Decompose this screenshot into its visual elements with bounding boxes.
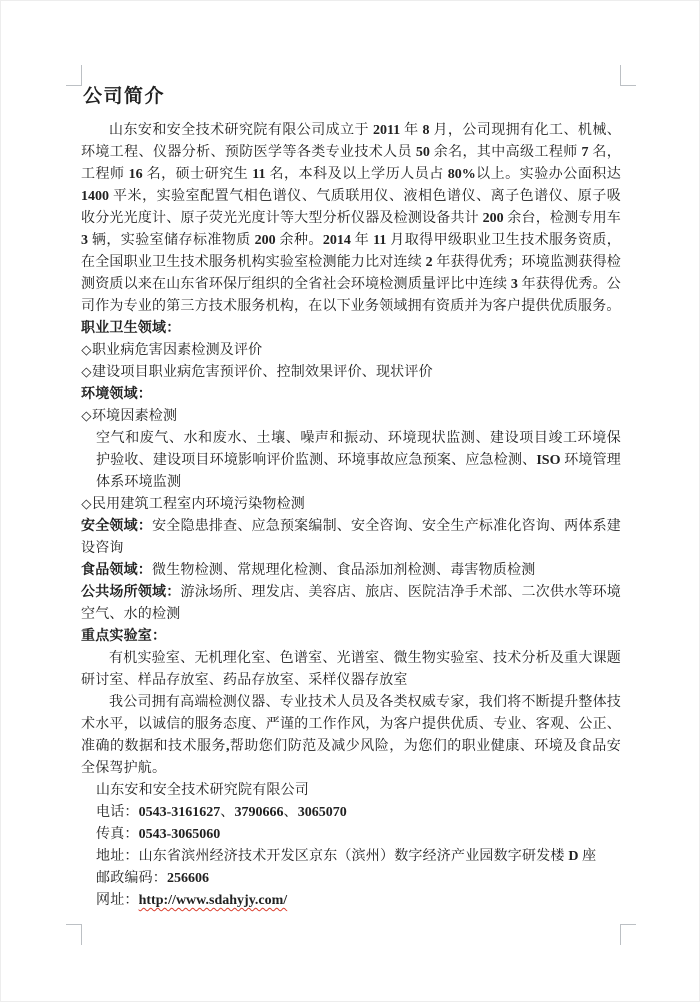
environment-detail-text: 空气和废气、水和废水、土壤、噪声和振动、环境现状监测、建设项目竣工环境保护验收、…: [81, 428, 621, 494]
section-public-places: 公共场所领域：游泳场所、理发店、美容店、旅店、医院洁净手术部、二次供水等环境空气…: [81, 582, 621, 626]
section-text-food: 微生物检测、常规理化检测、食品添加剂检测、毒害物质检测: [152, 563, 535, 578]
section-label-food: 食品领域：: [81, 563, 152, 578]
address-label: 地址：: [96, 849, 139, 864]
section-heading-occupational: 职业卫生领域：: [81, 318, 621, 340]
section-text-safety: 安全隐患排查、应急预案编制、安全咨询、安全生产标准化咨询、两体系建设咨询: [81, 519, 621, 556]
section-food: 食品领域：微生物检测、常规理化检测、食品添加剂检测、毒害物质检测: [81, 560, 621, 582]
intro-paragraph: 山东安和安全技术研究院有限公司成立于 2011 年 8 月，公司现拥有化工、机械…: [81, 120, 621, 318]
list-item-text: 建设项目职业病危害预评价、控制效果评价、现状评价: [92, 365, 433, 380]
list-item-text: 民用建筑工程室内环境污染物检测: [92, 497, 305, 512]
section-label-safety: 安全领域：: [81, 519, 152, 534]
diamond-bullet-icon: ◇: [81, 495, 91, 516]
section-heading-key-labs: 重点实验室：: [81, 626, 621, 648]
list-item-environment-2: ◇民用建筑工程室内环境污染物检测: [81, 494, 621, 516]
contact-company-name: 山东安和安全技术研究院有限公司: [81, 780, 621, 802]
section-heading-environment: 环境领域：: [81, 384, 621, 406]
postcode-value: 256606: [167, 871, 209, 886]
diamond-bullet-icon: ◇: [81, 407, 91, 428]
address-value: 山东省滨州经济技术开发区京东（滨州）数字经济产业园数字研发楼 D 座: [139, 849, 597, 864]
contact-phone-row: 电话：0543-3161627、3790666、3065070: [81, 802, 621, 824]
text-boundary-mark-top-right: [620, 65, 636, 86]
phone-label: 电话：: [96, 805, 139, 820]
postcode-label: 邮政编码：: [96, 871, 167, 886]
contact-postcode-row: 邮政编码：256606: [81, 868, 621, 890]
fax-value: 0543-3065060: [139, 827, 221, 842]
list-item-environment-1: ◇环境因素检测: [81, 406, 621, 428]
page-title: 公司简介: [83, 84, 621, 110]
closing-paragraph: 我公司拥有高端检测仪器、专业技术人员及各类权威专家，我们将不断提升整体技术水平，…: [81, 692, 621, 780]
diamond-bullet-icon: ◇: [81, 341, 91, 362]
contact-website-row: 网址：http://www.sdahyjy.com/: [81, 890, 621, 912]
list-item-text: 环境因素检测: [92, 409, 177, 424]
website-label: 网址：: [96, 893, 139, 908]
document-page: 公司简介 山东安和安全技术研究院有限公司成立于 2011 年 8 月，公司现拥有…: [0, 0, 700, 1002]
diamond-bullet-icon: ◇: [81, 363, 91, 384]
page-content: 公司简介 山东安和安全技术研究院有限公司成立于 2011 年 8 月，公司现拥有…: [81, 84, 621, 912]
text-boundary-mark-bottom-left: [66, 924, 82, 945]
text-boundary-mark-bottom-right: [620, 924, 636, 945]
contact-fax-row: 传真：0543-3065060: [81, 824, 621, 846]
list-item-text: 职业病危害因素检测及评价: [92, 343, 262, 358]
list-item-occupational-1: ◇职业病危害因素检测及评价: [81, 340, 621, 362]
key-labs-paragraph: 有机实验室、无机理化室、色谱室、光谱室、微生物实验室、技术分析及重大课题研讨室、…: [81, 648, 621, 692]
section-safety: 安全领域：安全隐患排查、应急预案编制、安全咨询、安全生产标准化咨询、两体系建设咨…: [81, 516, 621, 560]
section-label-public-places: 公共场所领域：: [81, 585, 180, 600]
list-item-occupational-2: ◇建设项目职业病危害预评价、控制效果评价、现状评价: [81, 362, 621, 384]
phone-value: 0543-3161627、3790666、3065070: [139, 805, 347, 820]
fax-label: 传真：: [96, 827, 139, 842]
contact-address-row: 地址：山东省滨州经济技术开发区京东（滨州）数字经济产业园数字研发楼 D 座: [81, 846, 621, 868]
website-link[interactable]: http://www.sdahyjy.com/: [139, 893, 288, 908]
text-boundary-mark-top-left: [66, 65, 82, 86]
